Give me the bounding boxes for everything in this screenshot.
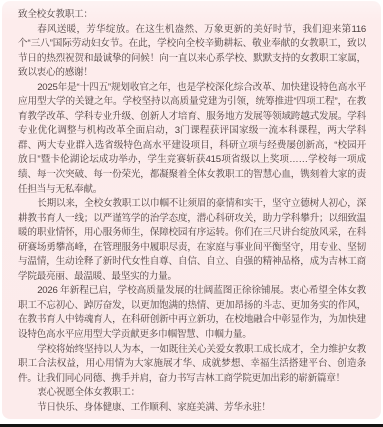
- letter-page: 致全校女教职工： 春风送暖，芳华绽放。在这生机盎然、万象更新的美好时节，我们迎来…: [0, 0, 383, 427]
- letter-closing-wish: 节日快乐、身体健康、工作顺利、家庭美满、芳华永驻！: [18, 401, 366, 416]
- letter-paragraph-1: 春风送暖，芳华绽放。在这生机盎然、万象更新的美好时节，我们迎来第116个“三八”…: [18, 23, 366, 81]
- letter-closing-wish-intro: 衷心祝愿全体女教职工：: [18, 386, 366, 401]
- letter-paragraph-2: 2025年是“十四五”规划收官之年，也是学校深化综合改革、加快建设特色高水平应用…: [18, 81, 366, 197]
- letter-paragraph-4: 2026 年新程已启，学校高质量发展的壮阔蓝图正徐徐铺展。衷心希望全体女教职工不…: [18, 284, 366, 342]
- letter-paragraph-3: 长期以来，全校女教职工以巾帼不让须眉的豪情和实干，坚守立德树人初心，深耕教书育人…: [18, 197, 366, 284]
- letter-salutation: 致全校女教职工：: [18, 8, 366, 23]
- letter-document: 致全校女教职工： 春风送暖，芳华绽放。在这生机盎然、万象更新的美好时节，我们迎来…: [2, 1, 381, 419]
- letter-paragraph-5: 学校将始终坚持以人为本，一如既往关心关爱女教职工成长成才，全力维护女教职工合法权…: [18, 343, 366, 387]
